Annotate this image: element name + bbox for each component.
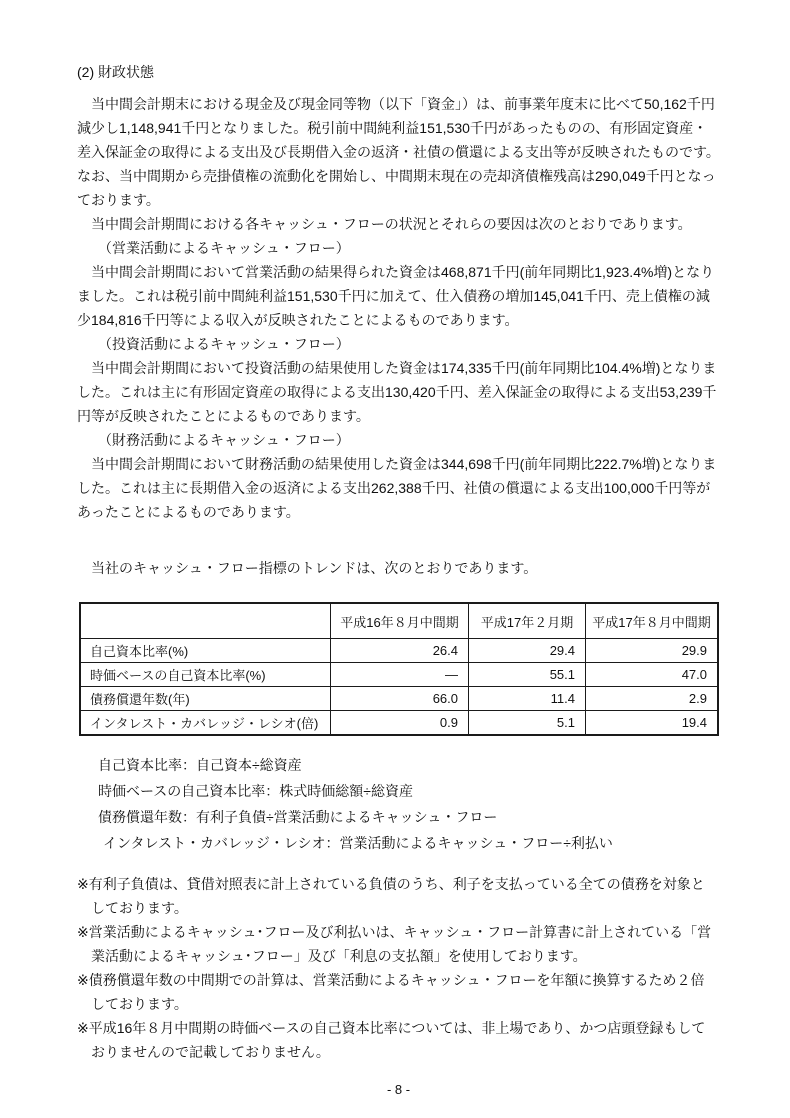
- table-row: 自己資本比率(%)26.429.429.9: [80, 639, 718, 663]
- body-line: （営業活動によるキャッシュ・フロー）: [77, 236, 720, 260]
- body-line: した。これは主に有形固定資産の取得による支出130,420千円、差入保証金の取得…: [77, 380, 720, 404]
- footnotes: ※有利子負債は、貸借対照表に計上されている負債のうち、利子を支払っている全ての債…: [77, 872, 720, 1064]
- table-header-row: 平成16年８月中間期平成17年２月期平成17年８月中間期: [80, 603, 718, 639]
- value-cell: 5.1: [469, 711, 586, 736]
- row-label: 時価ベースの自己資本比率(%): [80, 663, 331, 687]
- page-number: - 8 -: [77, 1078, 720, 1102]
- body-line: 差入保証金の取得による支出及び長期借入金の返済・社債の償還による支出等が反映され…: [77, 140, 720, 164]
- table-column-header: 平成16年８月中間期: [331, 603, 469, 639]
- value-cell: 26.4: [331, 639, 469, 663]
- footnote-line: ※債務償還年数の中間期での計算は、営業活動によるキャッシュ・フローを年額に換算す…: [77, 968, 720, 992]
- footnote-line: しております。: [77, 992, 720, 1016]
- row-label: 自己資本比率(%): [80, 639, 331, 663]
- value-cell: 11.4: [469, 687, 586, 711]
- body-line: 当中間会計期末における現金及び現金同等物（以下「資金」）は、前事業年度末に比べて…: [77, 92, 720, 116]
- value-cell: ―: [331, 663, 469, 687]
- body-line: 少184,816千円等による収入が反映されたことによるものであります。: [77, 308, 720, 332]
- indicator-definitions: 自己資本比率：自己資本÷総資産時価ベースの自己資本比率：株式時価総額÷総資産債務…: [77, 752, 720, 856]
- value-cell: 47.0: [586, 663, 719, 687]
- table-row: インタレスト・カバレッジ・レシオ(倍)0.95.119.4: [80, 711, 718, 736]
- value-cell: 2.9: [586, 687, 719, 711]
- footnote-line: ※平成16年８月中間期の時価ベースの自己資本比率については、非上場であり、かつ店…: [77, 1016, 720, 1040]
- body-line: 当中間会計期間において投資活動の結果使用した資金は174,335千円(前年同期比…: [77, 356, 720, 380]
- section-heading: (2) 財政状態: [77, 60, 720, 84]
- definition-line: インタレスト・カバレッジ・レシオ：営業活動によるキャッシュ・フロー÷利払い: [77, 830, 720, 856]
- body-line: （財務活動によるキャッシュ・フロー）: [77, 428, 720, 452]
- row-label: インタレスト・カバレッジ・レシオ(倍): [80, 711, 331, 736]
- footnote-line: ※有利子負債は、貸借対照表に計上されている負債のうち、利子を支払っている全ての債…: [77, 872, 720, 896]
- body-line: （投資活動によるキャッシュ・フロー）: [77, 332, 720, 356]
- value-cell: 19.4: [586, 711, 719, 736]
- body-line: 当中間会計期間において財務活動の結果使用した資金は344,698千円(前年同期比…: [77, 452, 720, 476]
- body-text: 当中間会計期末における現金及び現金同等物（以下「資金」）は、前事業年度末に比べて…: [77, 92, 720, 524]
- table-body: 自己資本比率(%)26.429.429.9時価ベースの自己資本比率(%)―55.…: [80, 639, 718, 736]
- body-line: なお、当中間期から売掛債権の流動化を開始し、中間期末現在の売却済債権残高は290…: [77, 164, 720, 188]
- body-line: した。これは主に長期借入金の返済による支出262,388千円、社債の償還による支…: [77, 476, 720, 500]
- trend-intro-line: 当社のキャッシュ・フロー指標のトレンドは、次のとおりであります。: [77, 556, 720, 580]
- body-line: 当中間会計期間における各キャッシュ・フローの状況とそれらの要因は次のとおりであり…: [77, 212, 720, 236]
- row-label: 債務償還年数(年): [80, 687, 331, 711]
- table-corner-cell: [80, 603, 331, 639]
- body-line: あったことによるものであります。: [77, 500, 720, 524]
- body-line: ました。これは税引前中間純利益151,530千円に加えて、仕入債務の増加145,…: [77, 284, 720, 308]
- table-row: 債務償還年数(年)66.011.42.9: [80, 687, 718, 711]
- definition-line: 時価ベースの自己資本比率：株式時価総額÷総資産: [77, 778, 720, 804]
- footnote-line: しております。: [77, 896, 720, 920]
- cash-flow-indicators-table: 平成16年８月中間期平成17年２月期平成17年８月中間期 自己資本比率(%)26…: [79, 602, 719, 736]
- value-cell: 55.1: [469, 663, 586, 687]
- footnote-line: ※営業活動によるキャッシュ･フロー及び利払いは、キャッシュ・フロー計算書に計上さ…: [77, 920, 720, 944]
- blank-line: [77, 524, 720, 556]
- footnote-line: 業活動によるキャッシュ･フロー」及び「利息の支払額」を使用しております。: [77, 944, 720, 968]
- value-cell: 29.4: [469, 639, 586, 663]
- document-page: (2) 財政状態 当中間会計期末における現金及び現金同等物（以下「資金」）は、前…: [0, 0, 790, 1118]
- body-line: ております。: [77, 188, 720, 212]
- table-column-header: 平成17年２月期: [469, 603, 586, 639]
- definition-line: 自己資本比率：自己資本÷総資産: [77, 752, 720, 778]
- definition-line: 債務償還年数：有利子負債÷営業活動によるキャッシュ・フロー: [77, 804, 720, 830]
- table-header: 平成16年８月中間期平成17年２月期平成17年８月中間期: [80, 603, 718, 639]
- value-cell: 29.9: [586, 639, 719, 663]
- body-line: 当中間会計期間において営業活動の結果得られた資金は468,871千円(前年同期比…: [77, 260, 720, 284]
- value-cell: 66.0: [331, 687, 469, 711]
- footnote-line: おりませんので記載しておりません。: [77, 1040, 720, 1064]
- body-line: 減少し1,148,941千円となりました。税引前中間純利益151,530千円があ…: [77, 116, 720, 140]
- table-row: 時価ベースの自己資本比率(%)―55.147.0: [80, 663, 718, 687]
- body-line: 円等が反映されたことによるものであります。: [77, 404, 720, 428]
- value-cell: 0.9: [331, 711, 469, 736]
- table-column-header: 平成17年８月中間期: [586, 603, 719, 639]
